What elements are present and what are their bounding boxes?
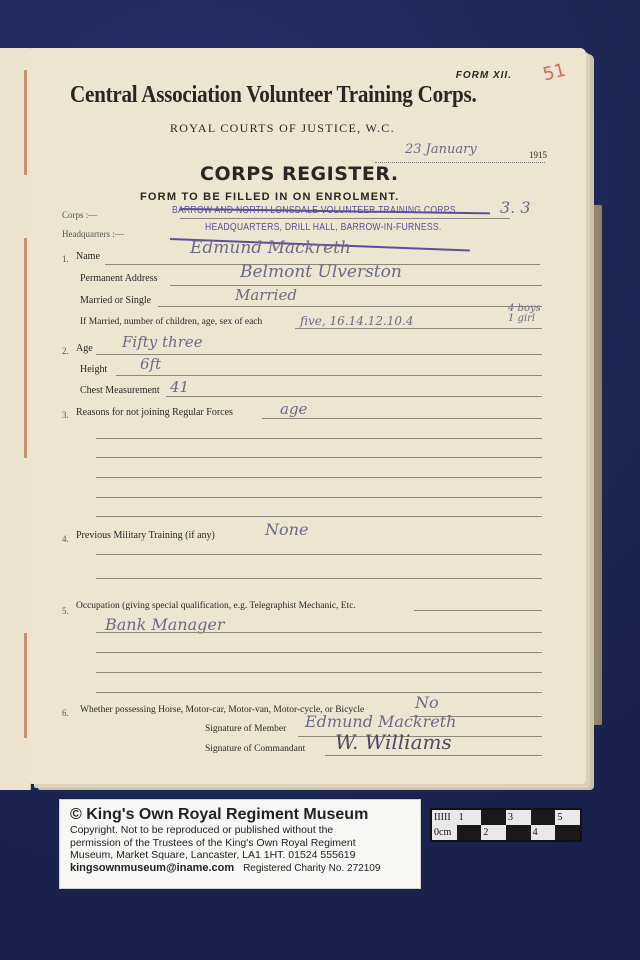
field-rule bbox=[325, 755, 542, 756]
military-label: Previous Military Training (if any) bbox=[76, 530, 215, 541]
children-value: five, 16.14.12.10.4 bbox=[300, 314, 413, 328]
member-signature-label: Signature of Member bbox=[205, 724, 286, 734]
commandant-signature: W. Williams bbox=[335, 730, 452, 754]
name-value: Edmund Mackreth bbox=[190, 238, 351, 258]
field-rule bbox=[96, 554, 542, 555]
field-rule bbox=[116, 375, 542, 376]
scale-cell bbox=[531, 810, 556, 825]
transport-value: No bbox=[415, 693, 439, 712]
item-number: 2. bbox=[62, 346, 69, 356]
museum-copyright-line1: Copyright. Not to be reproduced or publi… bbox=[70, 824, 410, 837]
height-value: 6ft bbox=[140, 355, 161, 373]
scale-cell: 1 bbox=[457, 810, 482, 825]
field-rule bbox=[96, 672, 542, 673]
item-number: 3. bbox=[62, 410, 69, 420]
scale-cell: 5 bbox=[555, 810, 580, 825]
scale-cell: 3 bbox=[506, 810, 531, 825]
commandant-signature-label: Signature of Commandant bbox=[205, 744, 305, 754]
register-subtitle: FORM TO BE FILLED IN ON ENROLMENT. bbox=[140, 191, 399, 203]
date-field: 23 January 1915 bbox=[375, 146, 545, 163]
corps-stamp: BARROW AND NORTH LONSDALE VOLUNTEER TRAI… bbox=[172, 204, 456, 216]
corps-label: Corps :— bbox=[62, 210, 97, 220]
red-pencil-annotation: 51 bbox=[541, 60, 568, 86]
museum-email: kingsownmuseum@iname.com bbox=[70, 862, 234, 874]
occupation-label: Occupation (giving special qualification… bbox=[76, 601, 356, 611]
field-rule bbox=[180, 218, 510, 219]
chest-value: 41 bbox=[170, 378, 189, 396]
document-subtitle: ROYAL COURTS OF JUSTICE, W.C. bbox=[170, 121, 395, 136]
date-year: 1915 bbox=[529, 150, 547, 160]
centimetre-scale-bar: IIIII 1 3 5 0cm 2 4 bbox=[430, 808, 582, 842]
binding-stitch bbox=[24, 633, 27, 738]
field-rule bbox=[96, 438, 542, 439]
field-rule bbox=[96, 457, 542, 458]
military-value: None bbox=[265, 520, 308, 539]
register-title: CORPS REGISTER. bbox=[200, 163, 399, 185]
field-rule bbox=[96, 578, 542, 579]
scale-cell: 2 bbox=[481, 825, 506, 840]
scale-cell bbox=[506, 825, 531, 840]
field-rule bbox=[96, 692, 542, 693]
museum-title: © King's Own Royal Regiment Museum bbox=[70, 806, 410, 824]
register-form-page: FORM XII. 51 Central Association Volunte… bbox=[30, 48, 586, 784]
corps-number: 3. 3 bbox=[500, 198, 531, 217]
scale-cell bbox=[457, 825, 482, 840]
chest-label: Chest Measurement bbox=[80, 385, 160, 396]
field-rule bbox=[96, 516, 542, 517]
age-label: Age bbox=[76, 343, 93, 354]
field-rule bbox=[96, 497, 542, 498]
height-label: Height bbox=[80, 364, 107, 375]
charity-number: Registered Charity No. 272109 bbox=[243, 863, 380, 874]
field-rule bbox=[262, 418, 542, 419]
children-label: If Married, number of children, age, sex… bbox=[80, 317, 262, 327]
reasons-value: age bbox=[280, 400, 307, 418]
name-label: Name bbox=[76, 251, 100, 262]
field-rule bbox=[414, 610, 542, 611]
museum-copyright-line2: permission of the Trustees of the King's… bbox=[70, 837, 410, 850]
reasons-label: Reasons for not joining Regular Forces bbox=[76, 407, 233, 418]
field-rule bbox=[170, 285, 542, 286]
item-number: 1. bbox=[62, 254, 69, 264]
scale-cell: 0cm bbox=[432, 825, 457, 840]
field-rule bbox=[96, 354, 542, 355]
item-number: 5. bbox=[62, 606, 69, 616]
headquarters-label: Headquarters :— bbox=[62, 229, 124, 239]
married-label: Married or Single bbox=[80, 295, 151, 306]
scale-cell bbox=[481, 810, 506, 825]
field-rule bbox=[96, 477, 542, 478]
field-rule bbox=[96, 632, 542, 633]
field-rule bbox=[295, 328, 542, 329]
date-handwritten: 23 January bbox=[405, 142, 477, 157]
headquarters-stamp: HEADQUARTERS, DRILL HALL, BARROW-IN-FURN… bbox=[205, 221, 441, 233]
binding-stitch bbox=[24, 70, 27, 175]
item-number: 6. bbox=[62, 708, 69, 718]
member-signature: Edmund Mackreth bbox=[305, 712, 456, 731]
field-rule bbox=[96, 652, 542, 653]
scale-cell: IIIII bbox=[432, 810, 457, 825]
address-value: Belmont Ulverston bbox=[240, 262, 402, 282]
field-rule bbox=[166, 396, 542, 397]
age-value: Fifty three bbox=[122, 333, 203, 351]
form-number: FORM XII. bbox=[456, 70, 512, 81]
scale-cell bbox=[555, 825, 580, 840]
scale-cell: 4 bbox=[531, 825, 556, 840]
item-number: 4. bbox=[62, 534, 69, 544]
children-sex-value: 4 boys 1 girl bbox=[508, 304, 548, 324]
museum-copyright-label: © King's Own Royal Regiment Museum Copyr… bbox=[59, 799, 421, 889]
binding-stitch bbox=[24, 238, 27, 458]
address-label: Permanent Address bbox=[80, 273, 158, 284]
left-page-edge bbox=[0, 48, 31, 790]
document-title: Central Association Volunteer Training C… bbox=[70, 82, 484, 109]
married-value: Married bbox=[235, 286, 297, 304]
field-rule bbox=[158, 306, 542, 307]
museum-address: Museum, Market Square, Lancaster, LA1 1H… bbox=[70, 849, 410, 862]
